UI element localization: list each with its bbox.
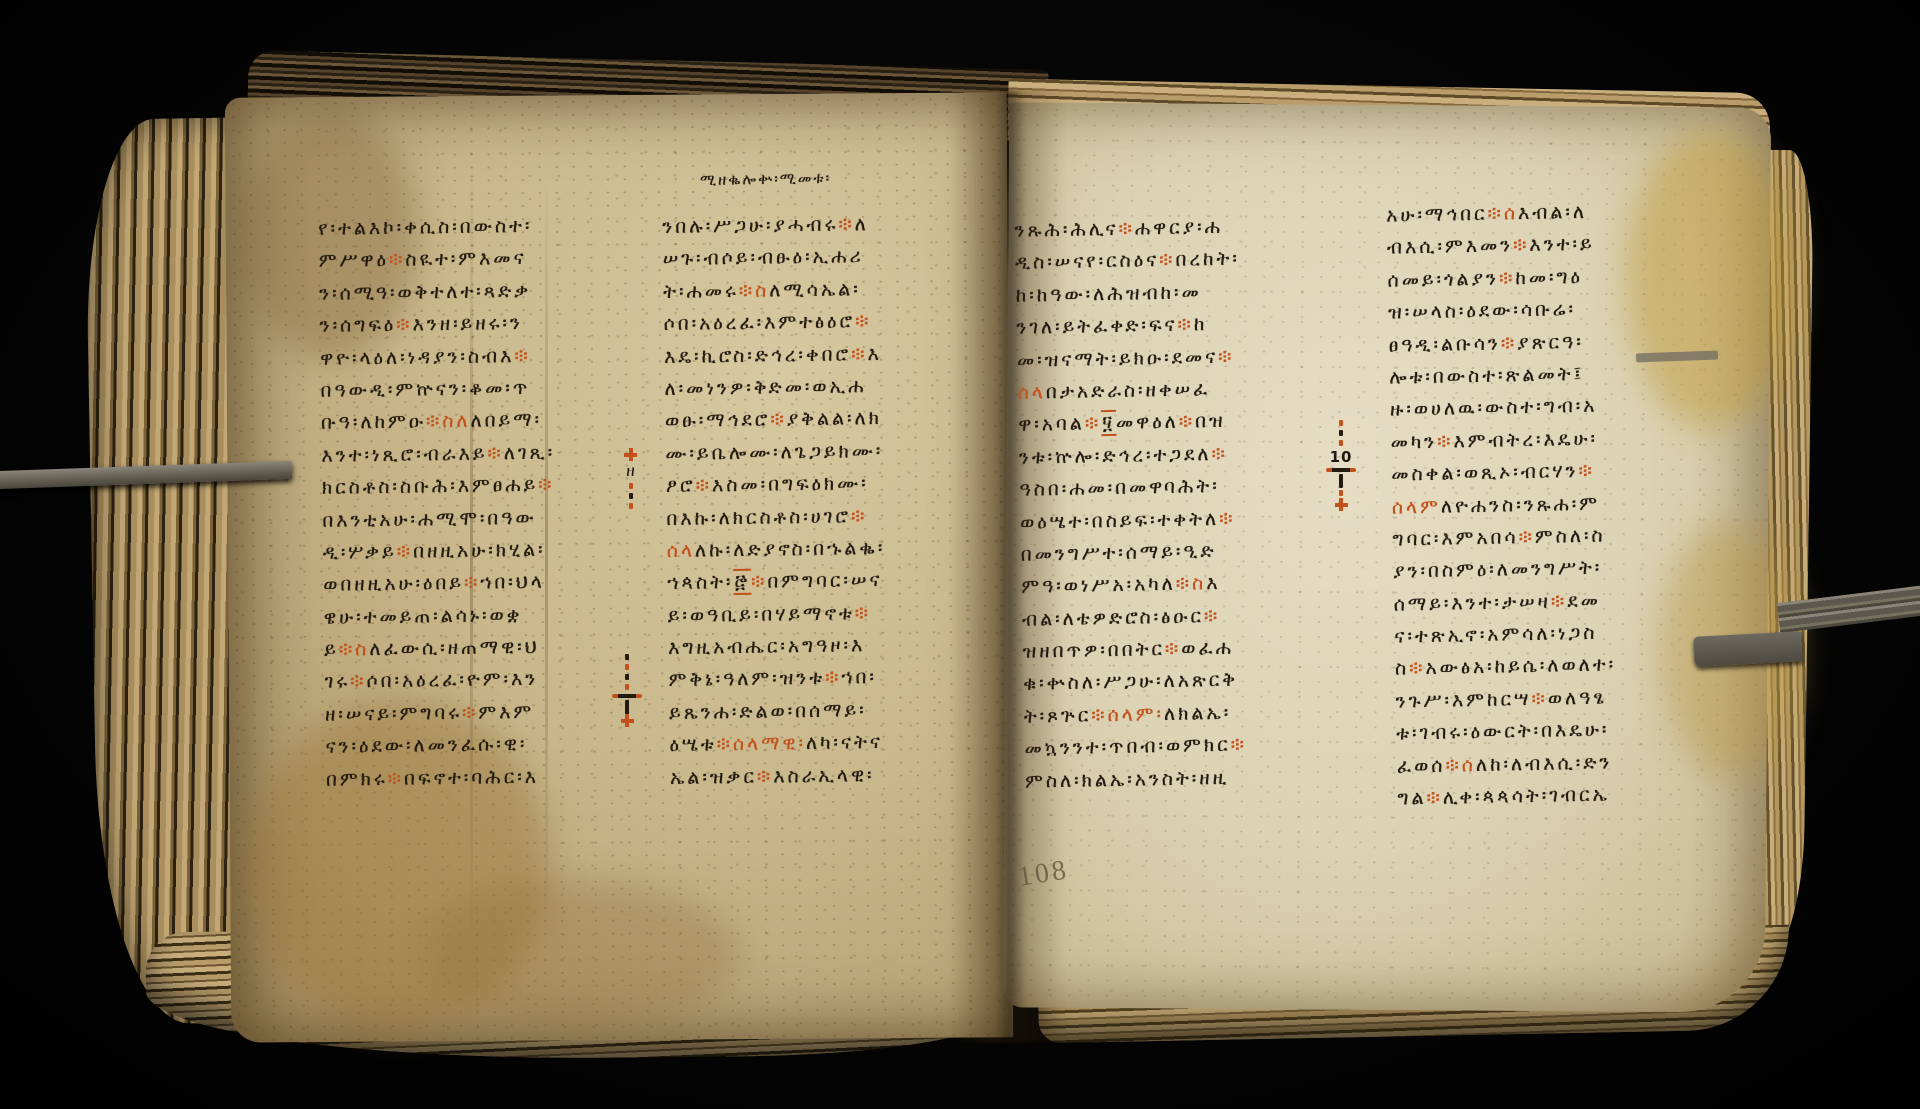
rubric-segment: ፨ <box>739 280 756 302</box>
margin-ornament-left-upper: ዘ <box>624 448 637 511</box>
rubric-segment: ፨ <box>1230 734 1247 756</box>
text-segment: ዲ፡ሦቃይ <box>323 541 397 564</box>
text-segment: እምብትረ፡እዴሁ፡ <box>1453 427 1598 452</box>
text-segment: ፈወሰ <box>1397 754 1446 777</box>
rubric-segment: ፨ <box>1531 688 1548 710</box>
rubric-segment: ፨ <box>1219 507 1236 529</box>
text-line: ኀጳስት፡፸፨በምግባር፡ሠና <box>667 563 999 600</box>
rubric-segment: ፨ <box>855 310 872 332</box>
text-line: ዕሤቱ፨ሰላማዊ፡ለካ፡ናትና <box>669 725 1001 762</box>
rubric-segment: ፨ <box>514 344 531 366</box>
rubric-segment: ፨ <box>1499 267 1516 289</box>
text-segment: ለክልኤ፡ <box>1164 702 1232 725</box>
text-line: ዋዮ፡ላዕለ፡ነዳያን፡ስብእ፨ <box>320 338 652 375</box>
red-cross-icon <box>1335 498 1348 511</box>
text-segment: በፍኖተ፡ባሕር፡እ <box>404 765 539 789</box>
text-segment: ኀበ፡ህላ <box>480 571 545 594</box>
rubric-segment: ፨ <box>1409 657 1426 679</box>
text-segment: ዝ፡ሠላስ፡ዕደው፡ሳቡሬ፡ <box>1388 298 1576 324</box>
margin-number: 10 <box>1330 448 1353 466</box>
text-segment: ኀጳስት፡ <box>667 571 733 594</box>
rubric-segment: ሰ <box>1504 202 1519 224</box>
left-column-2: ንበሉ፡ሥጋሁ፡ያሓብሩ፨ለሠጉ፡ብሶይ፡ብፁዕ፡ኢሐሪት፡ሐመሩ፨ስለሚሳኤል… <box>662 206 1002 794</box>
margin-glyph: ዘ <box>626 461 635 481</box>
rubric-segment: ፨ <box>770 409 787 431</box>
text-segment: በእንቲአሁ፡ሐሚሞ፡በዓው <box>322 506 537 531</box>
text-line: እዴ፡ኪሮስ፡ድኅረ፡ቀበሮ፨እ <box>664 336 996 373</box>
text-segment: ሠጉ፡ብሶይ፡ብፁዕ፡ኢሐሪ <box>663 246 864 271</box>
text-line: ዘ፡ሠናይ፡ምግባሩ፨ምእም <box>325 694 657 731</box>
text-segment: ገሩ <box>324 671 350 693</box>
text-segment: ናን፡ዕደው፡ለመንፈሱ፡ዊ፡ <box>325 733 527 758</box>
text-segment: ያጽርዓ፡ <box>1517 330 1584 353</box>
text-segment: ለ <box>855 213 869 235</box>
text-segment: ለበይማ፡ <box>470 409 542 432</box>
rubric-segment: ፨ <box>1487 202 1504 224</box>
text-segment: ብል፡ለቴዎድሮስ፡ፅዑር <box>1022 605 1204 630</box>
text-segment: ቁ፡ቍስለ፡ሥጋሁ፡ለአጽርቅ <box>1023 669 1238 695</box>
rubric-segment: ፨ <box>1501 332 1518 354</box>
rubric-segment: ፨ <box>464 572 481 594</box>
text-segment: እስመ፡በግፍዕክሙ፡ <box>712 472 869 496</box>
text-segment: ዌሁ፡ተመይጠ፡ልሳኑ፡ወቋ <box>324 604 523 629</box>
text-segment: ዓስበ፡ሐመ፡በመዋባሕት፡ <box>1019 475 1220 501</box>
right-column-1: ንጹሕ፡ሕሊና፨ሐዋርያ፡ሐዲስ፡ሠናየ፡ርስዕና፨በረከት፡ከ፡ከዓው፡ለሕዝ… <box>1014 208 1361 797</box>
text-segment: ከመ፡ግዕ <box>1515 266 1583 289</box>
numeral-segment: ፶ <box>1101 410 1116 436</box>
text-segment: እብል፡ለ <box>1518 201 1587 224</box>
text-segment: ቱ፡ገብሩ፡ዕውርት፡በእዴሁ፡ <box>1396 719 1610 745</box>
text-line: ይ፨ስለፈውሲ፡ዘጠማዊ፡ህ <box>324 629 656 666</box>
text-segment: ዋዮ፡ላዕለ፡ነዳያን፡ስብእ <box>320 345 515 370</box>
text-segment: ከ፡ከዓው፡ለሕዝብከ፡መ <box>1016 281 1202 307</box>
rubric-segment: ፨ <box>350 671 367 693</box>
right-bookmark-strap-end <box>1693 631 1802 667</box>
red-cross-icon <box>621 714 634 727</box>
text-segment: ምስለ፡ክልኤ፡አንስት፡ዘዚ <box>1025 766 1230 792</box>
text-line: ሙ፡ይቤሎሙ፡ለጌጋይክሙ፡ <box>665 433 997 470</box>
margin-ornament-right: 10 <box>1326 418 1356 511</box>
text-segment: ለከ፡ለብእሲ፡ድን <box>1476 751 1613 776</box>
text-segment: ዋ፡አባል <box>1018 413 1085 436</box>
text-segment: አሁ፡ማኅበር <box>1386 203 1488 227</box>
text-line: ን፡ሰሚዓ፡ወቅተለተ፡ጻድቃ <box>319 273 651 310</box>
text-segment: ከ <box>1194 313 1208 335</box>
text-segment: መኳንንተ፡ጥበብ፡ወምክር <box>1024 734 1231 760</box>
text-segment: ት፡ሐመሩ <box>663 280 739 303</box>
text-segment: እንተ፡ይ <box>1529 233 1595 256</box>
text-segment: እዴ፡ኪሮስ፡ድኅረ፡ቀበሮ <box>664 343 851 368</box>
rubric-segment: ፨ <box>487 442 504 464</box>
rubric-segment: ስ <box>1192 572 1207 594</box>
text-segment: ምዓ፡ወነሥአ፡አካለ <box>1021 573 1176 598</box>
cross-stem <box>1339 474 1343 488</box>
rubric-segment: ፨ <box>426 410 443 432</box>
text-segment: ሎቱ፡በውስተ፡ጽልመት፤ <box>1389 363 1584 389</box>
text-segment: በዝ <box>1195 410 1226 433</box>
cross-bar <box>1326 468 1356 472</box>
text-segment: እንተ፡ነጺሮ፡ብራእይ <box>321 442 487 466</box>
dot <box>629 483 633 489</box>
rubric-segment: ስ <box>355 638 369 660</box>
text-segment: ቡዓ፡ለከምዑ <box>321 411 426 434</box>
text-segment: ግባር፡እምአበሳ <box>1392 526 1518 550</box>
rubric-segment: ፨ <box>388 767 405 789</box>
text-segment: መ፡ዝናማት፡ይክዑ፡ደመና <box>1017 345 1219 371</box>
rubric-segment: ፨ <box>851 343 868 365</box>
text-segment: መካን <box>1390 430 1437 453</box>
rubric-segment: ሰላም <box>1392 495 1441 518</box>
text-segment: ዲስ፡ሠናየ፡ርስዕና <box>1015 249 1159 274</box>
rubric-segment: ፨ <box>855 602 872 624</box>
rubric-segment: ፨ <box>825 667 842 689</box>
right-column-2: አሁ፡ማኅበር፨ሰእብል፡ለብእሲ፡ምእመን፨እንተ፡ይሰመይ፡ጎልያን፨ከመ፡… <box>1386 193 1734 815</box>
rubric-segment: ፨ <box>397 540 414 562</box>
rubric-segment: ፨ <box>1551 590 1568 612</box>
text-segment: በምግባር፡ሠና <box>767 569 882 593</box>
text-line: ዌሁ፡ተመይጠ፡ልሳኑ፡ወቋ <box>324 597 656 634</box>
text-line: ት፡ሐመሩ፨ስለሚሳኤል፡ <box>663 271 995 308</box>
text-segment: ምሥዋዕ <box>319 249 390 272</box>
text-segment: በረከት፡ <box>1175 248 1240 271</box>
text-segment: ኤል፡ዝቃር <box>670 765 757 788</box>
text-segment: ምስለ፡ስ <box>1535 524 1606 547</box>
rubric-segment: ሰ <box>1462 754 1477 776</box>
text-segment: ለገጺ፡ <box>504 441 556 464</box>
dot <box>1339 440 1343 446</box>
rubric-segment: ፨ <box>389 249 406 271</box>
text-segment: መዋዕለ <box>1116 411 1179 434</box>
numeral-segment: ፸ <box>733 569 751 595</box>
rubric-segment: ፨ <box>462 701 479 723</box>
text-segment: በእኩ፡ለክርስቶስ፡ሀገሮ <box>666 505 851 530</box>
rubric-segment: ፨ <box>396 314 413 336</box>
text-segment: ግል <box>1397 787 1426 810</box>
text-line: ክርስቶስ፡ስቡሕ፡እምፀሐይ፨ <box>322 467 654 504</box>
rubric-segment: ፨ <box>1176 573 1193 595</box>
text-segment: ያቅልል፡ለክ <box>787 407 883 430</box>
text-line: ግል፨ሊቀ፡ጳጳሳት፡ገብርኤ <box>1397 776 1734 815</box>
text-line: ፆሮ፨እስመ፡በግፍዕክሙ፡ <box>666 465 998 502</box>
text-segment: እ <box>867 343 882 365</box>
manuscript-photo: ሚዘቈሎቍ፡ሚመቱ፡ የ፡ተልእኮ፡ቀሲስ፡በውስተ፡ምሥዋዕ፨ስዪተ፡ምእመና… <box>0 0 1920 1109</box>
rubric-segment: ፨ <box>1445 754 1462 776</box>
running-header: ሚዘቈሎቍ፡ሚመቱ፡ <box>700 169 831 189</box>
text-segment: ሰማይ፡እንተ፡ታሠዛ <box>1394 590 1552 615</box>
text-line: ምቅኔ፡ዓለም፡ዝንቱ፨ኀበ፡ <box>668 660 1000 697</box>
text-segment: ለሚሳኤል፡ <box>769 278 861 301</box>
text-line: በምክሩ፨በፍኖተ፡ባሕር፡እ <box>326 759 658 796</box>
rubric-segment: ፨ <box>757 765 774 787</box>
text-segment: ን፡ሰግፍዕ <box>320 314 397 337</box>
cross-stem <box>625 700 629 714</box>
text-segment: በዓውዲ፡ምኵናን፡ቆመ፡ጥ <box>320 377 530 402</box>
text-line: በእንቲአሁ፡ሐሚሞ፡በዓው <box>322 500 654 537</box>
text-segment: ሊቀ፡ጳጳሳት፡ገብርኤ <box>1443 784 1610 809</box>
text-line: ገሩ፨ሶበ፡አዕረፈ፡ዮም፡እን <box>324 662 656 699</box>
text-segment: ና፡ተጽኢኖ፡አምሳለ፡ነጋስ <box>1394 622 1597 648</box>
text-segment: ዕሤቱ <box>669 734 716 757</box>
text-segment: ስ <box>1395 658 1410 680</box>
text-segment: ያን፡በስምዕ፡ለመንግሥት፡ <box>1393 557 1603 583</box>
text-segment: የ፡ተልእኮ፡ቀሲስ፡በውስተ፡ <box>318 215 532 240</box>
text-segment: ንገለ፡ይትፈቀድ፡ፍና <box>1016 314 1178 339</box>
dot <box>629 493 633 499</box>
dot <box>1339 420 1343 426</box>
text-line: በእኩ፡ለክርስቶስ፡ሀገሮ፨ <box>666 498 998 535</box>
text-segment: ዘ፡ሠናይ፡ምግባሩ <box>325 702 462 726</box>
text-segment: መስቀል፡ወጺኦ፡ብርሃን <box>1391 460 1579 486</box>
text-segment: ደመ <box>1567 589 1601 612</box>
text-segment: እንዘ፡ይዘሩ፡ን <box>412 312 523 336</box>
text-segment: ን፡ሰሚዓ፡ወቅተለተ፡ጻድቃ <box>319 280 531 305</box>
text-segment: ወዕሤተ፡በስይፍ፡ተቀትለ <box>1020 507 1219 533</box>
text-segment: ይ <box>324 639 339 661</box>
text-line: ሶበ፡አዕረፈ፡እምተፅዕሮ፨ <box>663 304 995 341</box>
text-line: ን፡ሰግፍዕ፨እንዘ፡ይዘሩ፡ን <box>319 305 651 342</box>
text-line: ቡዓ፡ለከምዑ፨ስለለበይማ፡ <box>321 403 653 440</box>
dot <box>629 503 633 509</box>
text-segment: ወለዓፄ <box>1548 686 1607 709</box>
rubric-segment: ፨ <box>1513 234 1530 256</box>
rubric-segment: ስ <box>755 279 769 301</box>
rubric-segment: ፨ <box>1091 704 1108 726</box>
rubric-segment: ፨ <box>1177 314 1194 336</box>
text-segment: ት፡ጾጕር <box>1024 704 1092 727</box>
text-segment: ንበሉ፡ሥጋሁ፡ያሓብሩ <box>662 214 838 238</box>
text-segment: ፀዓዲ፡ልቡሳን <box>1389 332 1501 356</box>
text-segment: በዘዚአሁ፡ክሂል፡ <box>413 539 546 563</box>
rubric-segment: ፨ <box>1159 249 1176 271</box>
text-segment: ለካ፡ናትና <box>806 731 883 754</box>
dot <box>625 674 629 680</box>
text-line: የ፡ተልእኮ፡ቀሲስ፡በውስተ፡ <box>318 208 650 245</box>
rubric-segment: ሰላም፡ <box>1107 703 1164 726</box>
rubric-segment: ፨ <box>751 571 768 593</box>
text-segment: በታአድራስ፡ዘቀሠፈ <box>1046 378 1211 403</box>
rubric-segment: ፨ <box>1165 638 1182 660</box>
text-segment: ዝዘበጥዎ፡በበትር <box>1022 638 1165 663</box>
text-line: ምሥዋዕ፨ስዪተ፡ምእመና <box>319 241 651 278</box>
dot <box>625 664 629 670</box>
rubric-segment: ፨ <box>1118 218 1135 240</box>
cross-bar <box>612 694 642 698</box>
rubric-segment: ሰላማዊ፡ <box>733 732 806 755</box>
text-segment: ወፈሐ <box>1181 637 1234 660</box>
text-line: ይጼንሐ፡ድልወ፡በሰማይ፡ <box>669 692 1001 729</box>
text-line: ምስለ፡ክልኤ፡አንስት፡ዘዚ <box>1025 759 1362 798</box>
text-segment: ንቱ፡ኵሎ፡ድኅረ፡ተጋደለ <box>1019 443 1212 469</box>
text-segment: ንጉሥ፡እምከርሣ <box>1395 688 1531 713</box>
rubric-segment: ፨ <box>1085 413 1102 435</box>
rubric-segment: ፨ <box>1518 526 1535 548</box>
text-segment: ብእሲ፡ምእመን <box>1387 235 1514 259</box>
text-segment: እስራኢላዊ፡ <box>773 764 875 787</box>
rubric-segment: ፨ <box>1204 605 1221 627</box>
text-segment: ሶበ፡አዕረፈ፡ዮም፡እን <box>366 668 538 692</box>
rubric-segment: ፨ <box>696 474 713 496</box>
rubric-segment: ፨ <box>1426 787 1443 809</box>
text-segment: ምእም <box>478 701 534 724</box>
rubric-segment: ፨ <box>838 213 855 235</box>
text-segment: ኀበ፡ <box>841 667 877 689</box>
dot <box>625 684 629 690</box>
text-segment: ለኩ፡ለድያኖስ፡በኁልቈ፡ <box>695 537 886 562</box>
stain <box>420 880 740 1030</box>
text-line: በዓውዲ፡ምኵናን፡ቆመ፡ጥ <box>320 370 652 407</box>
text-line: ወበዘዚአሁ፡ዕበይ፨ኀበ፡ህላ <box>323 564 655 601</box>
text-segment: ስዪተ፡ምእመና <box>405 247 527 271</box>
text-segment: ፆሮ <box>666 475 696 497</box>
left-column-1: የ፡ተልእኮ፡ቀሲስ፡በውስተ፡ምሥዋዕ፨ስዪተ፡ምእመናን፡ሰሚዓ፡ወቅተለተ… <box>318 208 658 796</box>
text-line: ወፁ፡ማኅደሮ፨ያቅልል፡ለክ <box>665 401 997 438</box>
text-line: ሠጉ፡ብሶይ፡ብፁዕ፡ኢሐሪ <box>663 239 995 276</box>
text-segment: ሐዋርያ፡ሐ <box>1135 216 1223 240</box>
text-segment: ሶበ፡አዕረፈ፡እምተፅዕሮ <box>664 311 856 336</box>
text-segment: ሙ፡ይቤሎሙ፡ለጌጋይክሙ፡ <box>665 440 883 465</box>
text-line: ለ፡መነንዎ፡ቅድመ፡ወኢሐ <box>664 368 996 405</box>
rubric-segment: ፨ <box>1179 411 1196 433</box>
text-segment: እግዚአብሔር፡አግዓዞ፡እ <box>668 634 865 659</box>
margin-ornament-left-lower <box>612 652 642 727</box>
text-line: ሰላለኩ፡ለድያኖስ፡በኁልቈ፡ <box>667 530 999 567</box>
text-line: እግዚአብሔር፡አግዓዞ፡እ <box>668 627 1000 664</box>
text-segment: ክርስቶስ፡ስቡሕ፡እምፀሐይ <box>322 474 539 499</box>
rubric-segment: ሰላ <box>667 539 696 561</box>
dot <box>1339 430 1343 436</box>
text-segment: ይጼንሐ፡ድልወ፡በሰማይ፡ <box>669 699 867 724</box>
text-line: ንበሉ፡ሥጋሁ፡ያሓብሩ፨ለ <box>662 206 994 243</box>
rubric-segment: ፨ <box>716 733 733 755</box>
rubric-segment: ፨ <box>1211 442 1228 464</box>
rubric-segment: ሰላ <box>1017 381 1046 404</box>
text-segment: ሰመይ፡ጎልያን <box>1387 267 1499 291</box>
text-segment: ምቅኔ፡ዓለም፡ዝንቱ <box>668 667 825 691</box>
text-line: ይ፡ወዓቢይ፡በሃይማኖቱ፨ <box>668 595 1000 632</box>
text-line: እንተ፡ነጺሮ፡ብራእይ፨ለገጺ፡ <box>321 435 653 472</box>
text-segment: ለዮሐንስ፡ንጹሐ፡ም <box>1441 492 1601 517</box>
text-segment: ወበዘዚአሁ፡ዕበይ <box>323 572 464 596</box>
text-segment: ለፈውሲ፡ዘጠማዊ፡ህ <box>369 636 540 660</box>
dot <box>1339 490 1343 496</box>
text-segment: ዙ፡ወሀለዉ፡ውስተ፡ግብ፡አ <box>1390 395 1598 421</box>
rubric-segment: ፨ <box>538 474 555 496</box>
text-line: ዲ፡ሦቃይ፨በዘዚአሁ፡ክሂል፡ <box>323 532 655 569</box>
text-line: ናን፡ዕደው፡ለመንፈሱ፡ዊ፡ <box>325 726 657 763</box>
rubric-segment: ፨ <box>851 505 868 527</box>
text-segment: አውፅአ፡ከይሴ፡ለወለተ፡ <box>1425 654 1616 680</box>
rubric-segment: ፨ <box>1578 460 1595 482</box>
text-segment: ንጹሕ፡ሕሊና <box>1014 218 1118 242</box>
text-line: ኤል፡ዝቃር፨እስራኢላዊ፡ <box>670 757 1002 794</box>
text-segment: ይ፡ወዓቢይ፡በሃይማኖቱ <box>668 602 855 627</box>
text-segment: እ <box>1206 572 1221 594</box>
rubric-segment: ፨ <box>339 638 356 660</box>
red-cross-icon <box>624 448 637 461</box>
rubric-segment: ስለ <box>442 410 471 432</box>
text-segment: በምክሩ <box>326 768 388 791</box>
text-segment: ለ፡መነንዎ፡ቅድመ፡ወኢሐ <box>664 375 866 400</box>
text-segment: በመንግሥተ፡ሰማይ፡ዒድ <box>1021 540 1217 566</box>
rubric-segment: ፨ <box>1218 345 1235 367</box>
dot <box>625 654 629 660</box>
rubric-segment: ፨ <box>1437 430 1454 452</box>
text-segment: ወፁ፡ማኅደሮ <box>665 409 771 432</box>
